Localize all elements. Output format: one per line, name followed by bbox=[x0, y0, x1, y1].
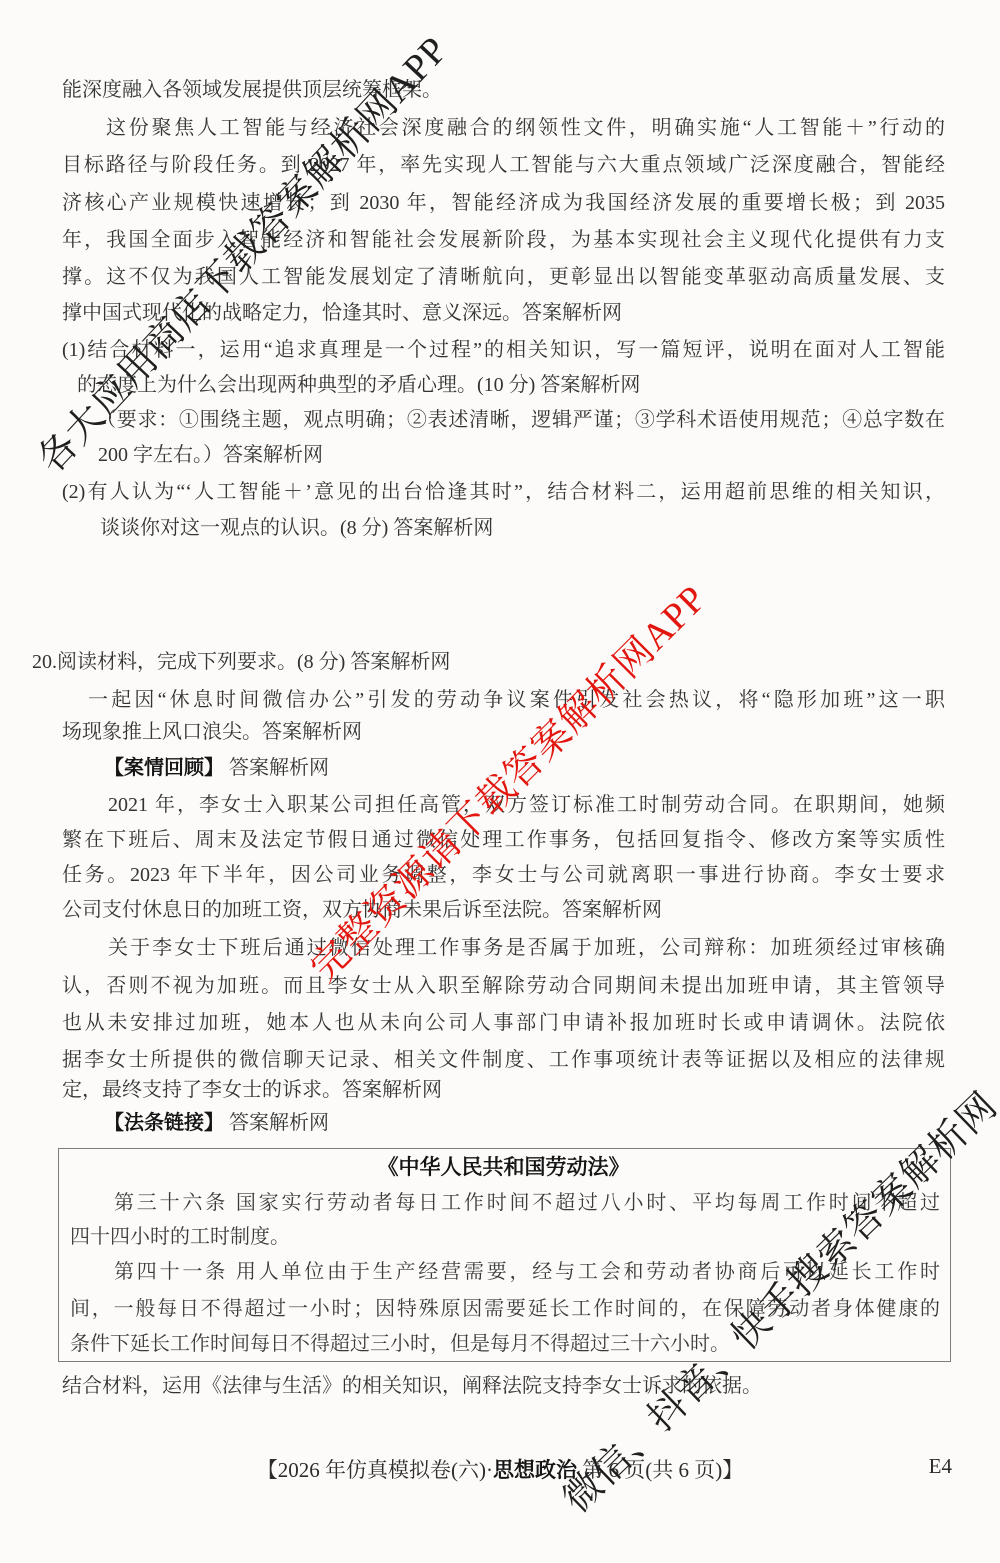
q20-intro-line: 场现象推上风口浪尖。答案解析网 bbox=[62, 718, 362, 746]
q19-sub2-line: 谈谈你对这一观点的认识。(8 分) 答案解析网 bbox=[62, 514, 493, 542]
law-box-line: 第三十六条 国家实行劳动者每日工作时间不超过八小时、平均每周工作时间不超过 bbox=[70, 1189, 940, 1217]
q20-case-line: 任务。2023 年下半年，因公司业务调整，李女士与公司就离职一事进行协商。李女士… bbox=[62, 861, 945, 889]
law-box-title: 《中华人民共和国劳动法》 bbox=[58, 1151, 949, 1181]
q19-sub1-line: 200 字左右。）答案解析网 bbox=[62, 441, 323, 469]
q19-sub2-line: (2)有人认为“‘人工智能＋’意见的出台恰逢其时”，结合材料二，运用超前思维的相… bbox=[62, 478, 945, 506]
q20-case-line: 认，否则不视为加班。而且李女士从入职至解除劳动合同期间未提出加班申请，其主管领导 bbox=[62, 972, 945, 1000]
q20-case-line: 关于李女士下班后通过微信处理工作事务是否属于加班，公司辩称：加班须经过审核确 bbox=[62, 934, 945, 962]
q20-case-review-label: 【案情回顾】 答案解析网 bbox=[62, 754, 329, 782]
q19-material-line: 年，我国全面步入智能经济和智能社会发展新阶段，为基本实现社会主义现代化提供有力支 bbox=[62, 226, 945, 254]
law-box-line: 条件下延长工作时间每日不得超过三小时，但是每月不得超过三十六小时。 bbox=[70, 1330, 730, 1358]
law-link-suffix: 答案解析网 bbox=[224, 1112, 329, 1134]
q19-sub1-line: （要求：①围绕主题，观点明确；②表述清晰，逻辑严谨；③学科术语使用规范；④总字数… bbox=[62, 406, 945, 434]
q19-material-line: 目标路径与阶段任务。到 2027 年，率先实现人工智能与六大重点领域广泛深度融合… bbox=[62, 151, 945, 179]
footer-title-left: 【2026 年仿真模拟卷(六)· bbox=[257, 1458, 493, 1482]
q20-law-link-label: 【法条链接】 答案解析网 bbox=[62, 1109, 329, 1137]
q19-material-line: 这份聚焦人工智能与经济社会深度融合的纲领性文件，明确实施“人工智能＋”行动的 bbox=[62, 114, 945, 142]
law-box-line: 四十四小时的工时制度。 bbox=[70, 1223, 290, 1251]
q20-header: 20.阅读材料，完成下列要求。(8 分) 答案解析网 bbox=[32, 648, 450, 676]
q20-case-line: 也从未安排过加班，她本人也从未向公司人事部门申请补报加班时长或申请调休。法院依 bbox=[62, 1009, 945, 1037]
exam-page-scan: 能深度融入各领域发展提供顶层统筹框架。 这份聚焦人工智能与经济社会深度融合的纲领… bbox=[0, 0, 1000, 1563]
q20-intro-line: 一起因“休息时间微信办公”引发的劳动争议案件引发社会热议，将“隐形加班”这一职 bbox=[62, 686, 945, 714]
case-review-bracket-label: 【案情回顾】 bbox=[104, 757, 224, 779]
law-link-bracket-label: 【法条链接】 bbox=[104, 1112, 224, 1134]
q20-case-line: 繁在下班后、周末及法定节假日通过微信处理工作事务，包括回复指令、修改方案等实质性 bbox=[62, 826, 945, 854]
case-review-suffix: 答案解析网 bbox=[224, 757, 329, 779]
q20-case-line: 定，最终支持了李女士的诉求。答案解析网 bbox=[62, 1076, 442, 1104]
footer-code: E4 bbox=[929, 1454, 952, 1479]
q20-case-line: 据李女士所提供的微信聊天记录、相关文件制度、工作事项统计表等证据以及相应的法律规 bbox=[62, 1046, 945, 1074]
watermark-full-resource-download: 完整资源请下载答案解析网APP bbox=[295, 570, 716, 991]
q19-material-line: 济核心产业规模快速增长；到 2030 年，智能经济成为我国经济发展的重要增长极；… bbox=[62, 189, 945, 217]
page-footer: 【2026 年仿真模拟卷(六)·思想政治 第 6 页(共 6 页)】 bbox=[0, 1454, 1000, 1484]
